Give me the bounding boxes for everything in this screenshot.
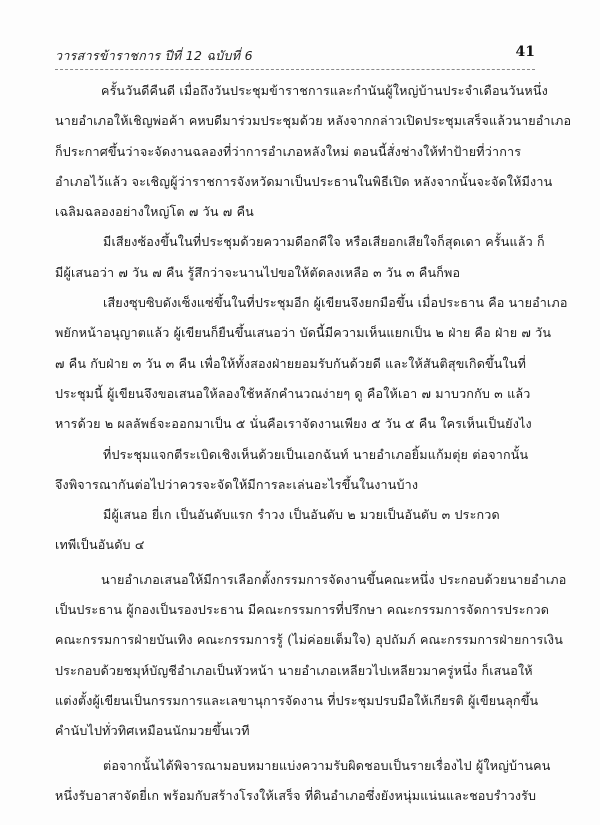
text-line: ประกอบด้วยชมุห์บัญชีอำเภอเป็นหัวหน้า นาย… <box>55 656 537 686</box>
text-line: เสียงซุบซิบดังเซ็งแซ่ขึ้นในที่ประชุมอีก … <box>55 288 537 318</box>
paragraph-duration-debate: มีเสียงซ้องขึ้นในที่ประชุมด้วยความดีอกดี… <box>55 227 537 288</box>
paragraph-committee-formation: นายอำเภอเสนอให้มีการเลือกตั้งกรรมการจัดง… <box>55 565 537 747</box>
scanned-journal-page: วารสารข้าราชการ ปีที่ 12 ฉบับที่ 6 41 คร… <box>0 0 600 825</box>
text-line: เฉลิมฉลองอย่างใหญ่โต ๗ วัน ๗ คืน <box>55 197 537 227</box>
text-line: อำเภอไว้แล้ว จะเชิญผู้ว่าราชการจังหวัดมา… <box>55 167 537 197</box>
text-line: เป็นประธาน ผู้กองเป็นรองประธาน มีคณะกรรม… <box>55 595 537 625</box>
text-line: ครั้นวันดีคืนดี เมื่อถึงวันประชุมข้าราชก… <box>55 76 537 106</box>
paragraph-celebration-announcement: ครั้นวันดีคืนดี เมื่อถึงวันประชุมข้าราชก… <box>55 76 537 227</box>
text-line: หารด้วย ๒ ผลลัพธ์จะออกมาเป็น ๕ นั่นคือเร… <box>55 409 537 439</box>
text-line: ที่ประชุมแจกตีระเบิดเชิงเห็นด้วยเป็นเอกฉ… <box>55 440 537 470</box>
paragraph-task-assignment: ต่อจากนั้นได้พิจารณามอบหมายแบ่งความรับผิ… <box>55 751 537 812</box>
paragraph-entertainment-list: มีผู้เสนอ ยี่เก เป็นอันดับแรก รำวง เป็นอ… <box>55 500 537 561</box>
text-line: ก็ประกาศขึ้นว่าจะจัดงานฉลองที่ว่าการอำเภ… <box>55 137 537 167</box>
text-line: นายอำเภอเสนอให้มีการเลือกตั้งกรรมการจัดง… <box>55 565 537 595</box>
article-body: ครั้นวันดีคืนดี เมื่อถึงวันประชุมข้าราชก… <box>55 76 537 811</box>
running-header: วารสารข้าราชการ ปีที่ 12 ฉบับที่ 6 41 <box>55 46 535 66</box>
text-line: จึงพิจารณากันต่อไปว่าควรจะจัดให้มีการละเ… <box>55 470 537 500</box>
journal-title: วารสารข้าราชการ ปีที่ 12 ฉบับที่ 6 <box>55 46 253 66</box>
header-divider <box>55 69 535 70</box>
text-line: ๗ คืน กับฝ่าย ๓ วัน ๓ คืน เพื่อให้ทั้งสอ… <box>55 349 537 379</box>
text-line: มีเสียงซ้องขึ้นในที่ประชุมด้วยความดีอกดี… <box>55 227 537 257</box>
text-line: นายอำเภอให้เชิญพ่อค้า คหบดีมาร่วมประชุมด… <box>55 106 537 136</box>
text-line: มีผู้เสนอ ยี่เก เป็นอันดับแรก รำวง เป็นอ… <box>55 500 537 530</box>
page-number: 41 <box>516 44 535 60</box>
text-line: มีผู้เสนอว่า ๗ วัน ๗ คืน รู้สึกว่าจะนานไ… <box>55 258 537 288</box>
text-line: ต่อจากนั้นได้พิจารณามอบหมายแบ่งความรับผิ… <box>55 751 537 781</box>
paragraph-unanimous-agreement: ที่ประชุมแจกตีระเบิดเชิงเห็นด้วยเป็นเอกฉ… <box>55 440 537 501</box>
paragraph-compromise-proposal: เสียงซุบซิบดังเซ็งแซ่ขึ้นในที่ประชุมอีก … <box>55 288 537 439</box>
text-line: เทพีเป็นอันดับ ๔ <box>55 530 537 560</box>
text-line: ประชุมนี้ ผู้เขียนจึงขอเสนอให้ลองใช้หลัก… <box>55 379 537 409</box>
text-line: พยักหน้าอนุญาตแล้ว ผู้เขียนก็ยืนขึ้นเสนอ… <box>55 318 537 348</box>
text-line: คำนับไปทั่วทิศเหมือนนักมวยขึ้นเวที <box>55 716 537 746</box>
text-line: หนึ่งรับอาสาจัดยี่เก พร้อมกับสร้างโรงให้… <box>55 781 537 811</box>
text-line: แต่งตั้งผู้เขียนเป็นกรรมการและเลขานุการจ… <box>55 686 537 716</box>
text-line: คณะกรรมการฝ่ายบันเทิง คณะกรรมการรู้ (ไม่… <box>55 625 537 655</box>
